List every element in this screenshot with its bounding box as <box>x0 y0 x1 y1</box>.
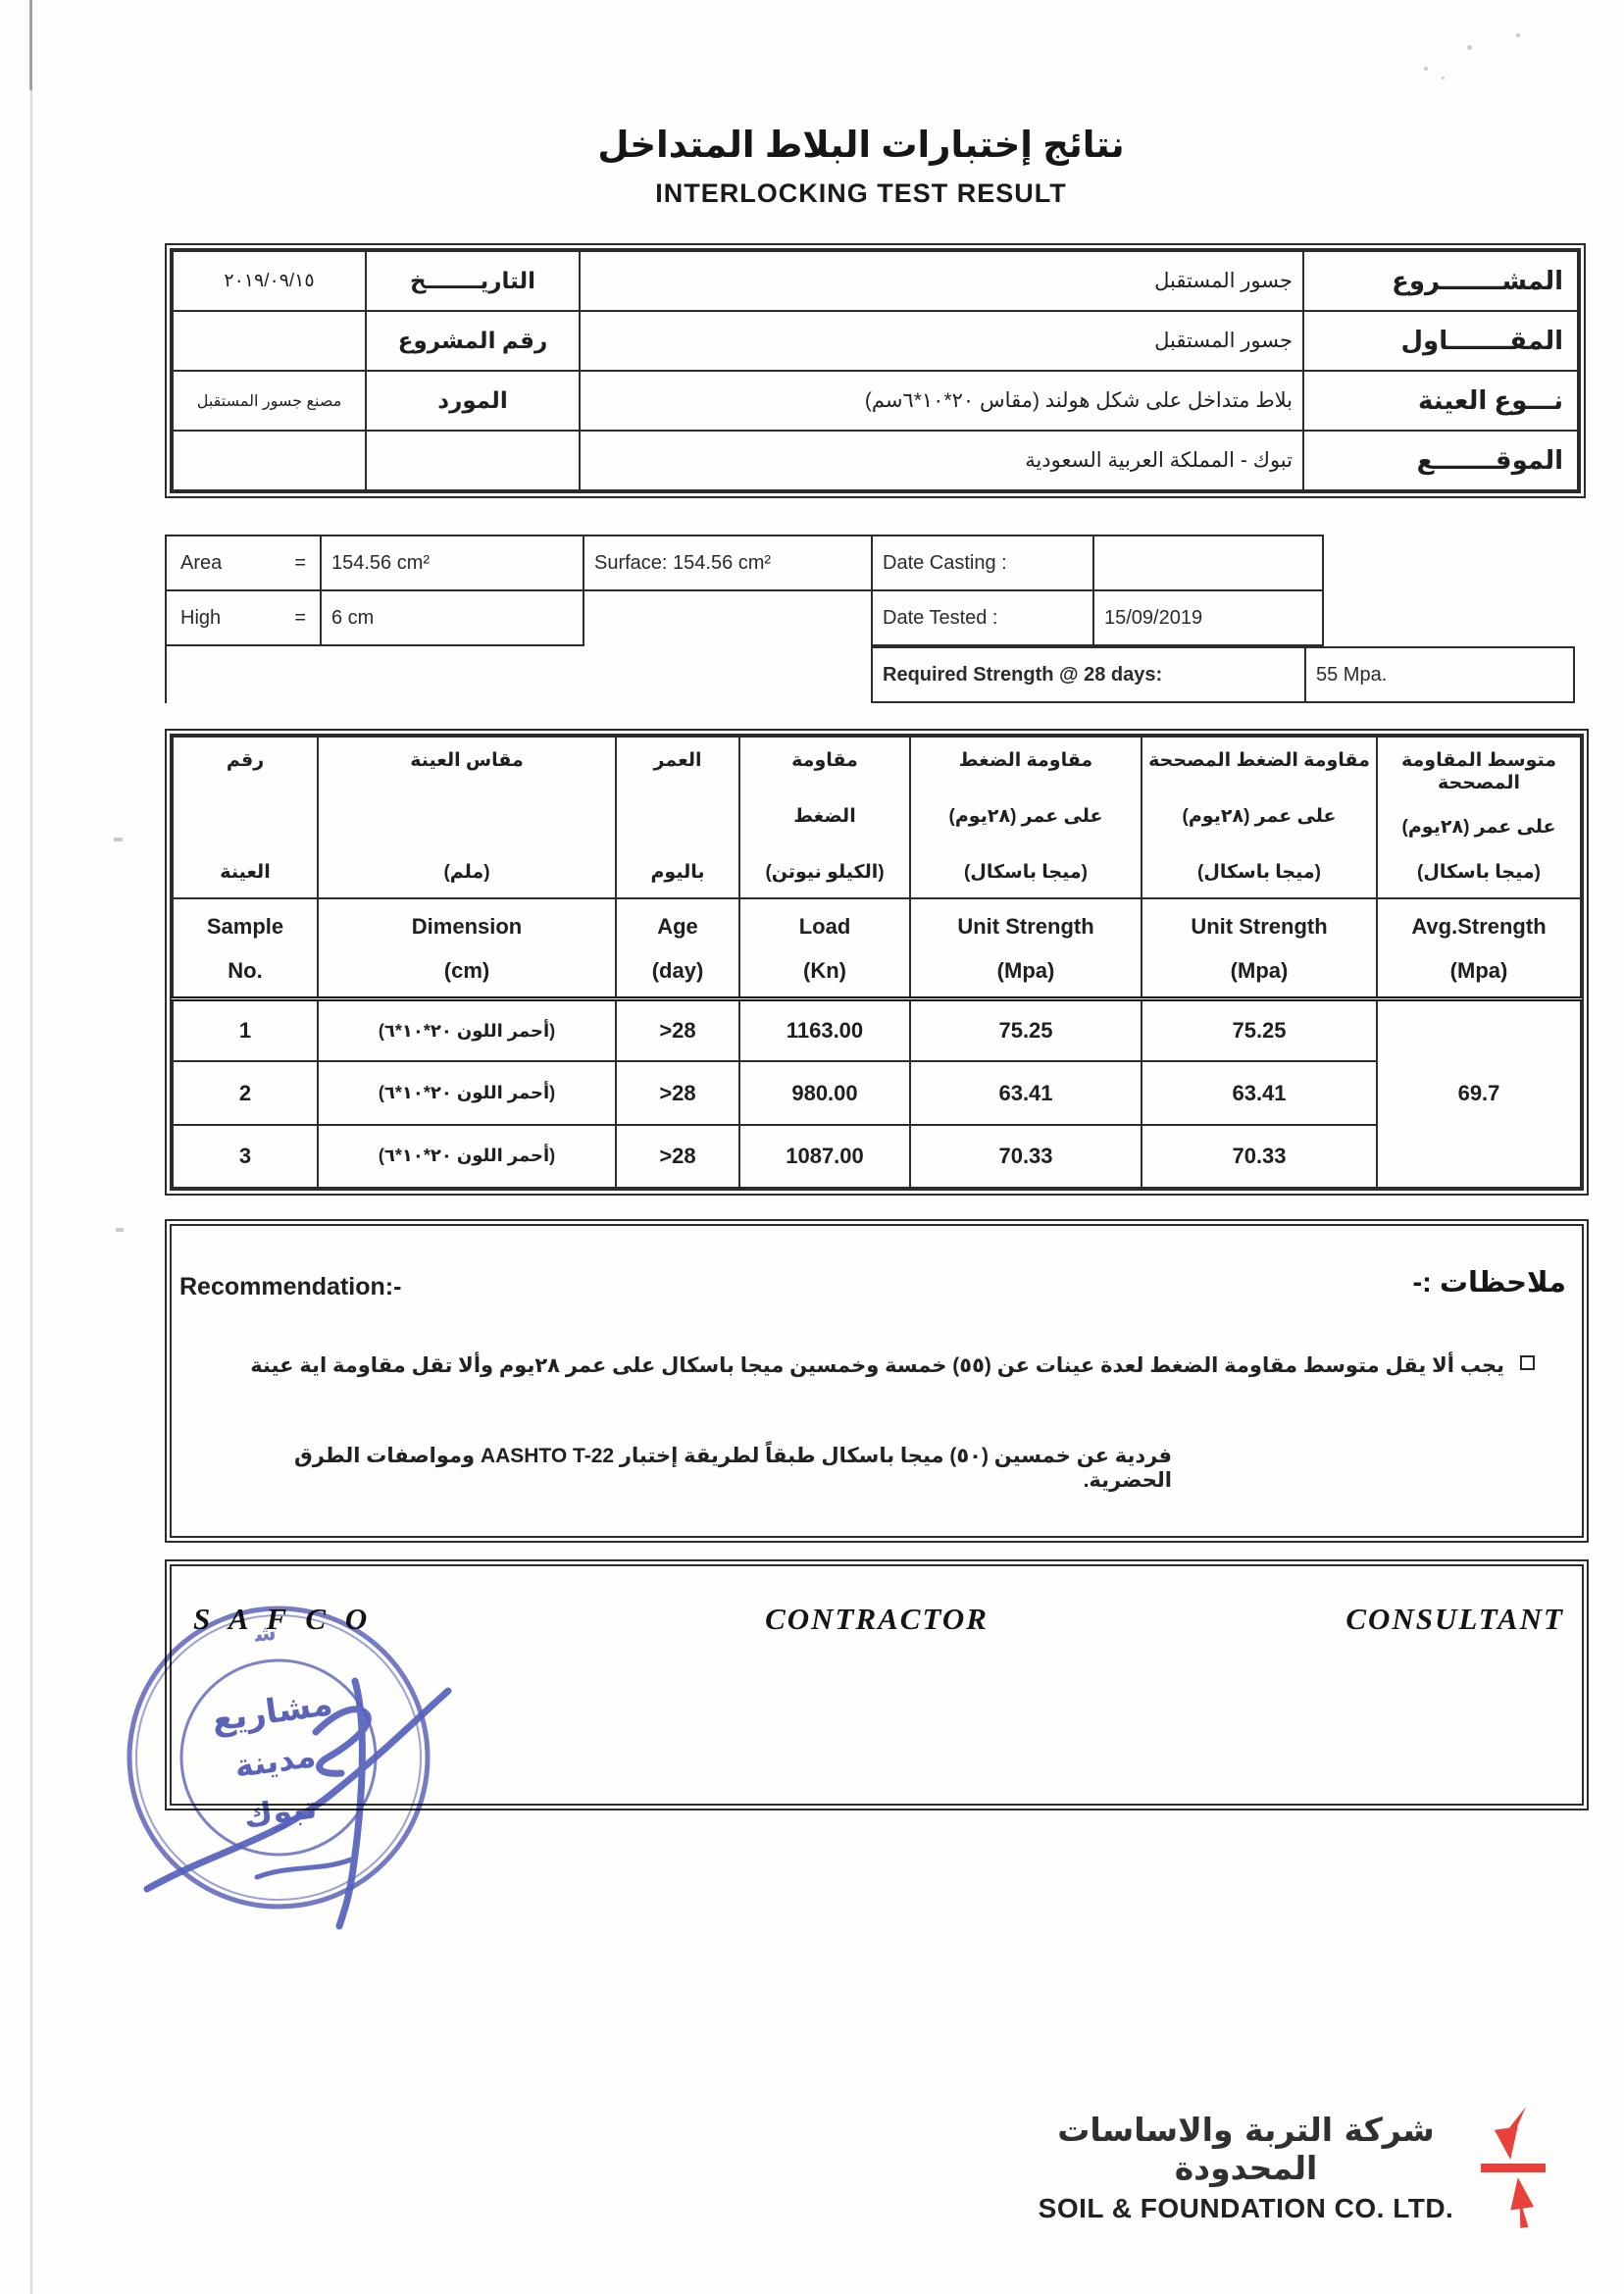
col-header: Unit Strength <box>1145 914 1373 940</box>
consultant-signature-title: CONSULTANT <box>1345 1602 1564 1637</box>
required-strength-value: 55 Mpa. <box>1306 648 1573 701</box>
surface-value: Surface: 154.56 cm² <box>584 536 871 589</box>
col-header: Unit Strength <box>914 914 1138 940</box>
supplier-label: المورد <box>366 371 580 431</box>
recommendation-box: Recommendation:- ملاحظات :- يجب ألا يقل … <box>165 1219 1589 1543</box>
date-casting-label: Date Casting : <box>873 536 1094 589</box>
date-value: ٢٠١٩/٠٩/١٥ <box>173 251 366 311</box>
col-header: العمر <box>622 750 734 773</box>
recommendation-text-line2: فردية عن خمسين (٥٠) ميجا باسكال طبقاً لط… <box>201 1444 1172 1493</box>
dates-box: Date Casting : Date Tested : 15/09/2019 <box>871 535 1324 646</box>
area-equals: = <box>294 552 306 575</box>
project-no-label: رقم المشروع <box>366 311 580 371</box>
scan-speck <box>116 1228 124 1232</box>
date-tested-value: 15/09/2019 <box>1094 591 1322 644</box>
col-header: العينة <box>178 862 312 885</box>
age: >28 <box>616 1125 739 1188</box>
col-header: مقاومة الضغط المصححة <box>1147 750 1371 773</box>
header-row-english: Sample No. Dimension (cm) Age (day) Load… <box>173 898 1581 998</box>
col-header: (cm) <box>322 958 612 984</box>
project-label: المشـــــــروع <box>1303 251 1578 311</box>
scan-edge-mark <box>29 0 32 90</box>
project-value: جسور المستقبل <box>580 251 1303 311</box>
load: 1163.00 <box>739 998 910 1061</box>
col-header: على عمر (٢٨يوم) <box>1383 817 1575 840</box>
sample-no: 1 <box>173 998 318 1061</box>
scanned-document-page: نتائج إختبارات البلاط المتداخل INTERLOCK… <box>0 0 1624 2294</box>
col-header: (ملم) <box>324 862 610 885</box>
empty-cell <box>366 431 580 490</box>
supplier-value: مصنع جسور المستقبل <box>173 371 366 431</box>
date-casting-value <box>1094 536 1322 589</box>
project-no-value <box>173 311 366 371</box>
col-header: Age <box>620 914 736 940</box>
required-strength-label: Required Strength @ 28 days: <box>873 648 1306 701</box>
col-header: باليوم <box>622 862 734 885</box>
recommendation-label-en: Recommendation:- <box>179 1273 401 1301</box>
sample-type-label: نـــوع العينة <box>1303 371 1578 431</box>
area-value: 154.56 cm² <box>322 536 583 589</box>
date-label: التاريـــــــخ <box>366 251 580 311</box>
document-title-english: INTERLOCKING TEST RESULT <box>157 178 1565 209</box>
table-row: المشـــــــروع جسور المستقبل التاريـــــ… <box>173 251 1578 311</box>
area-label: Area <box>180 552 222 575</box>
recommendation-text-line1: يجب ألا يقل متوسط مقاومة الضغط لعدة عينا… <box>201 1353 1535 1378</box>
unit-strength-corrected: 63.41 <box>1142 1061 1377 1124</box>
high-label: High <box>180 607 221 630</box>
col-header: رقم <box>178 750 312 773</box>
data-row: 3 (أحمر اللون ٢٠*١٠*٦) >28 1087.00 70.33… <box>173 1125 1581 1188</box>
empty-cell <box>173 431 366 490</box>
table-left-rule <box>165 644 167 703</box>
unit-strength: 63.41 <box>910 1061 1142 1124</box>
high-value: 6 cm <box>322 591 583 644</box>
data-row: 1 (أحمر اللون ٢٠*١٠*٦) >28 1163.00 75.25… <box>173 998 1581 1061</box>
table-row: المقـــــــاول جسور المستقبل رقم المشروع <box>173 311 1578 371</box>
contractor-value: جسور المستقبل <box>580 311 1303 371</box>
col-header: مقاس العينة <box>324 750 610 773</box>
avg-strength: 69.7 <box>1377 998 1581 1188</box>
footer-company-name-ar: شركة التربة والاساسات المحدودة <box>1028 2111 1464 2187</box>
date-tested-label: Date Tested : <box>873 591 1094 644</box>
header-row-arabic: رقم العينة مقاس العينة (ملم) العمر باليو… <box>173 737 1581 898</box>
age: >28 <box>616 1061 739 1124</box>
square-bullet-icon <box>1520 1355 1535 1370</box>
high-equals: = <box>294 607 306 630</box>
col-header: Dimension <box>322 914 612 940</box>
scan-speck <box>1516 33 1520 37</box>
scan-speck <box>1424 67 1428 71</box>
unit-strength: 75.25 <box>910 998 1142 1061</box>
project-info-table: المشـــــــروع جسور المستقبل التاريـــــ… <box>165 243 1586 498</box>
results-table: رقم العينة مقاس العينة (ملم) العمر باليو… <box>165 729 1589 1196</box>
location-label: الموقـــــــع <box>1303 431 1578 490</box>
scan-speck <box>1442 76 1445 79</box>
data-row: 2 (أحمر اللون ٢٠*١٠*٦) >28 980.00 63.41 … <box>173 1061 1581 1124</box>
unit-strength-corrected: 75.25 <box>1142 998 1377 1061</box>
notes-label-ar: ملاحظات :- <box>1412 1265 1566 1300</box>
dimension: (أحمر اللون ٢٠*١٠*٦) <box>318 1125 616 1188</box>
company-stamp: شركة التربة والأساسات المحدودة ـ المملكة… <box>110 1565 459 1956</box>
col-header: متوسط المقاومة المصححة <box>1383 750 1575 795</box>
document-title-arabic: نتائج إختبارات البلاط المتداخل <box>157 124 1565 166</box>
col-header: الضغط <box>745 806 904 829</box>
col-header: (Mpa) <box>1381 958 1577 984</box>
col-header: على عمر (٢٨يوم) <box>1147 806 1371 829</box>
surface-box: Surface: 154.56 cm² <box>583 535 873 591</box>
col-header: Load <box>743 914 906 940</box>
footer-company-name-en: SOIL & FOUNDATION CO. LTD. <box>1028 2193 1464 2224</box>
recommendation-text: يجب ألا يقل متوسط مقاومة الضغط لعدة عينا… <box>250 1354 1504 1377</box>
soil-foundation-logo-icon <box>1475 2105 1553 2228</box>
contractor-label: المقـــــــاول <box>1303 311 1578 371</box>
col-header: مقاومة الضغط <box>916 750 1136 773</box>
unit-strength-corrected: 70.33 <box>1142 1125 1377 1188</box>
col-header: No. <box>177 958 314 984</box>
col-header: (ميجا باسكال) <box>916 862 1136 885</box>
col-header: (ميجا باسكال) <box>1383 862 1575 885</box>
col-header: Avg.Strength <box>1381 914 1577 940</box>
footer-company-block: شركة التربة والاساسات المحدودة SOIL & FO… <box>1028 2111 1464 2224</box>
col-header: (Mpa) <box>1145 958 1373 984</box>
dimension: (أحمر اللون ٢٠*١٠*٦) <box>318 998 616 1061</box>
scan-edge-line <box>30 0 32 2294</box>
sample-type-value: بلاط متداخل على شكل هولند (مقاس ٢٠*١٠*٦س… <box>580 371 1303 431</box>
col-header: (Kn) <box>743 958 906 984</box>
location-value: تبوك - المملكة العربية السعودية <box>580 431 1303 490</box>
scan-speck <box>114 838 123 841</box>
table-row: الموقـــــــع تبوك - المملكة العربية الس… <box>173 431 1578 490</box>
col-header: على عمر (٢٨يوم) <box>916 806 1136 829</box>
col-header: (day) <box>620 958 736 984</box>
sample-no: 2 <box>173 1061 318 1124</box>
col-header: Sample <box>177 914 314 940</box>
required-strength-box: Required Strength @ 28 days: 55 Mpa. <box>871 646 1575 703</box>
col-header: مقاومة <box>745 750 904 773</box>
col-header: (ميجا باسكال) <box>1147 862 1371 885</box>
stamp-text-line2: مدينة <box>232 1738 318 1784</box>
col-header: (Mpa) <box>914 958 1138 984</box>
area-high-box: Area = 154.56 cm² High = 6 cm <box>165 535 584 646</box>
load: 980.00 <box>739 1061 910 1124</box>
table-row: نـــوع العينة بلاط متداخل على شكل هولند … <box>173 371 1578 431</box>
unit-strength: 70.33 <box>910 1125 1142 1188</box>
scan-speck <box>1467 45 1472 50</box>
col-header: (الكيلو نيوتن) <box>745 862 904 885</box>
sample-no: 3 <box>173 1125 318 1188</box>
age: >28 <box>616 998 739 1061</box>
dimension: (أحمر اللون ٢٠*١٠*٦) <box>318 1061 616 1124</box>
load: 1087.00 <box>739 1125 910 1188</box>
